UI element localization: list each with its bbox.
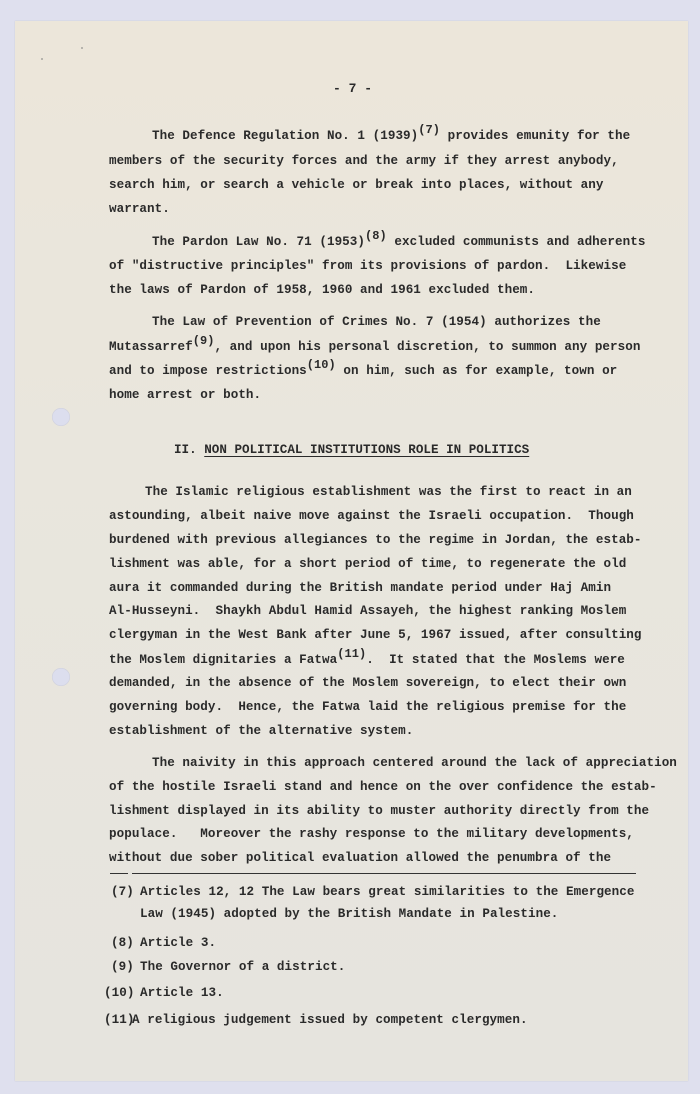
footnote-ref: (8) bbox=[365, 229, 387, 243]
text-line: aura it commanded during the British man… bbox=[109, 582, 611, 595]
text-line: populace. Moreover the rashy response to… bbox=[109, 828, 634, 841]
text-line: The Law of Prevention of Crimes No. 7 (1… bbox=[152, 316, 601, 329]
text-line: and to impose restrictions(10) on him, s… bbox=[109, 365, 617, 378]
text-line: the laws of Pardon of 1958, 1960 and 196… bbox=[109, 284, 535, 297]
text-line: home arrest or both. bbox=[109, 389, 261, 402]
footnote-text: The Governor of a district. bbox=[140, 961, 345, 974]
text-line: clergyman in the West Bank after June 5,… bbox=[109, 629, 642, 642]
text-line: The Pardon Law No. 71 (1953)(8) excluded… bbox=[152, 236, 645, 249]
footnote-marker: (7) bbox=[111, 886, 134, 899]
text-line: of the hostile Israeli stand and hence o… bbox=[109, 781, 657, 794]
text-line: astounding, albeit naive move against th… bbox=[109, 510, 634, 523]
text-line: The Islamic religious establishment was … bbox=[145, 486, 632, 499]
section-number: II. bbox=[174, 443, 204, 457]
text-line: governing body. Hence, the Fatwa laid th… bbox=[109, 701, 626, 714]
text-line: Al-Husseyni. Shaykh Abdul Hamid Assayeh,… bbox=[109, 605, 626, 618]
footnote-text: Article 13. bbox=[140, 987, 224, 1000]
footnote-ref: (9) bbox=[193, 334, 215, 348]
text-line: warrant. bbox=[109, 203, 170, 216]
text-line: search him, or search a vehicle or break… bbox=[109, 179, 604, 192]
paper-speck bbox=[81, 47, 83, 49]
footnote-text: Article 3. bbox=[140, 937, 216, 950]
footnote-text: Law (1945) adopted by the British Mandat… bbox=[140, 908, 558, 921]
footnote-ref: (7) bbox=[418, 123, 440, 137]
footnote-marker: (10) bbox=[104, 987, 134, 1000]
paper-speck bbox=[41, 58, 43, 60]
text-line: establishment of the alternative system. bbox=[109, 725, 413, 738]
footnote-marker: (9) bbox=[111, 961, 134, 974]
punch-hole bbox=[52, 668, 70, 686]
text-line: lishment displayed in its ability to mus… bbox=[109, 805, 649, 818]
text-line: of "distructive principles" from its pro… bbox=[109, 260, 626, 273]
footnote-marker: (8) bbox=[111, 937, 134, 950]
text-line: the Moslem dignitaries a Fatwa(11). It s… bbox=[109, 654, 625, 667]
text-line: demanded, in the absence of the Moslem s… bbox=[109, 677, 626, 690]
text-line: The Defence Regulation No. 1 (1939)(7) p… bbox=[152, 130, 630, 143]
section-heading: II. NON POLITICAL INSTITUTIONS ROLE IN P… bbox=[174, 443, 529, 457]
text-line: without due sober political evaluation a… bbox=[109, 852, 611, 865]
text-line: Mutassarref(9), and upon his personal di… bbox=[109, 341, 640, 354]
text-line: members of the security forces and the a… bbox=[109, 155, 619, 168]
section-title: NON POLITICAL INSTITUTIONS ROLE IN POLIT… bbox=[204, 443, 529, 457]
text-line: The naivity in this approach centered ar… bbox=[152, 757, 677, 770]
footnote-text: A religious judgement issued by competen… bbox=[132, 1014, 528, 1027]
text-line: burdened with previous allegiances to th… bbox=[109, 534, 642, 547]
footnote-text: Articles 12, 12 The Law bears great simi… bbox=[140, 886, 635, 899]
page-number: - 7 - bbox=[333, 81, 372, 96]
footnote-ref: (10) bbox=[307, 358, 336, 372]
footnote-divider-gap bbox=[128, 872, 132, 876]
footnote-ref: (11) bbox=[337, 647, 366, 661]
text-line: lishment was able, for a short period of… bbox=[109, 558, 626, 571]
punch-hole bbox=[52, 408, 70, 426]
footnote-marker: (11) bbox=[104, 1014, 134, 1027]
footnote-divider bbox=[110, 873, 636, 874]
